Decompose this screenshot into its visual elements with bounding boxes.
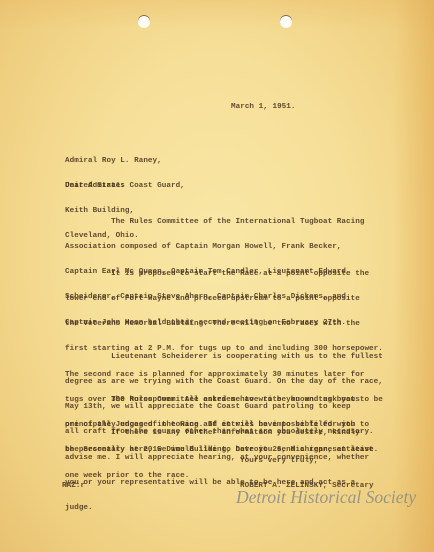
watermark-detroit-historical-society: Detroit Historical Society xyxy=(236,487,416,508)
paper-stain-right xyxy=(394,0,434,552)
text-line: the Veterans Memorial Building. There wi… xyxy=(65,320,383,328)
text-line: Association composed of Captain Morgan H… xyxy=(65,243,364,251)
closing: Yours very truly, xyxy=(240,457,318,465)
punch-hole-left xyxy=(138,16,150,28)
letter-date: March 1, 1951. xyxy=(231,103,296,111)
text-line: Lieutenant Scheiderer is cooperating wit… xyxy=(65,353,383,361)
address-line: Admiral Roy L. Raney, xyxy=(65,157,185,165)
text-line: lower end of Fort Wayne and proceed upst… xyxy=(65,295,383,303)
letter-page: March 1, 1951. Admiral Roy L. Raney, Uni… xyxy=(0,0,434,552)
text-line: If there is any further information you … xyxy=(65,429,369,437)
paragraph-5: If there is any further information you … xyxy=(65,412,369,530)
punch-hole-right xyxy=(280,16,292,28)
typist-initials: RAZ:r xyxy=(62,482,85,490)
text-line: advise me. I will appreciate hearing, at… xyxy=(65,454,369,462)
paper-stain-top xyxy=(0,0,434,30)
text-line: The Rules Committee of the International… xyxy=(65,218,364,226)
salutation: Dear Admiral: xyxy=(65,182,125,190)
text-line: It is proposed to start the Race at a po… xyxy=(65,270,383,278)
text-line: The Rules Committee asked me to write yo… xyxy=(65,396,383,404)
